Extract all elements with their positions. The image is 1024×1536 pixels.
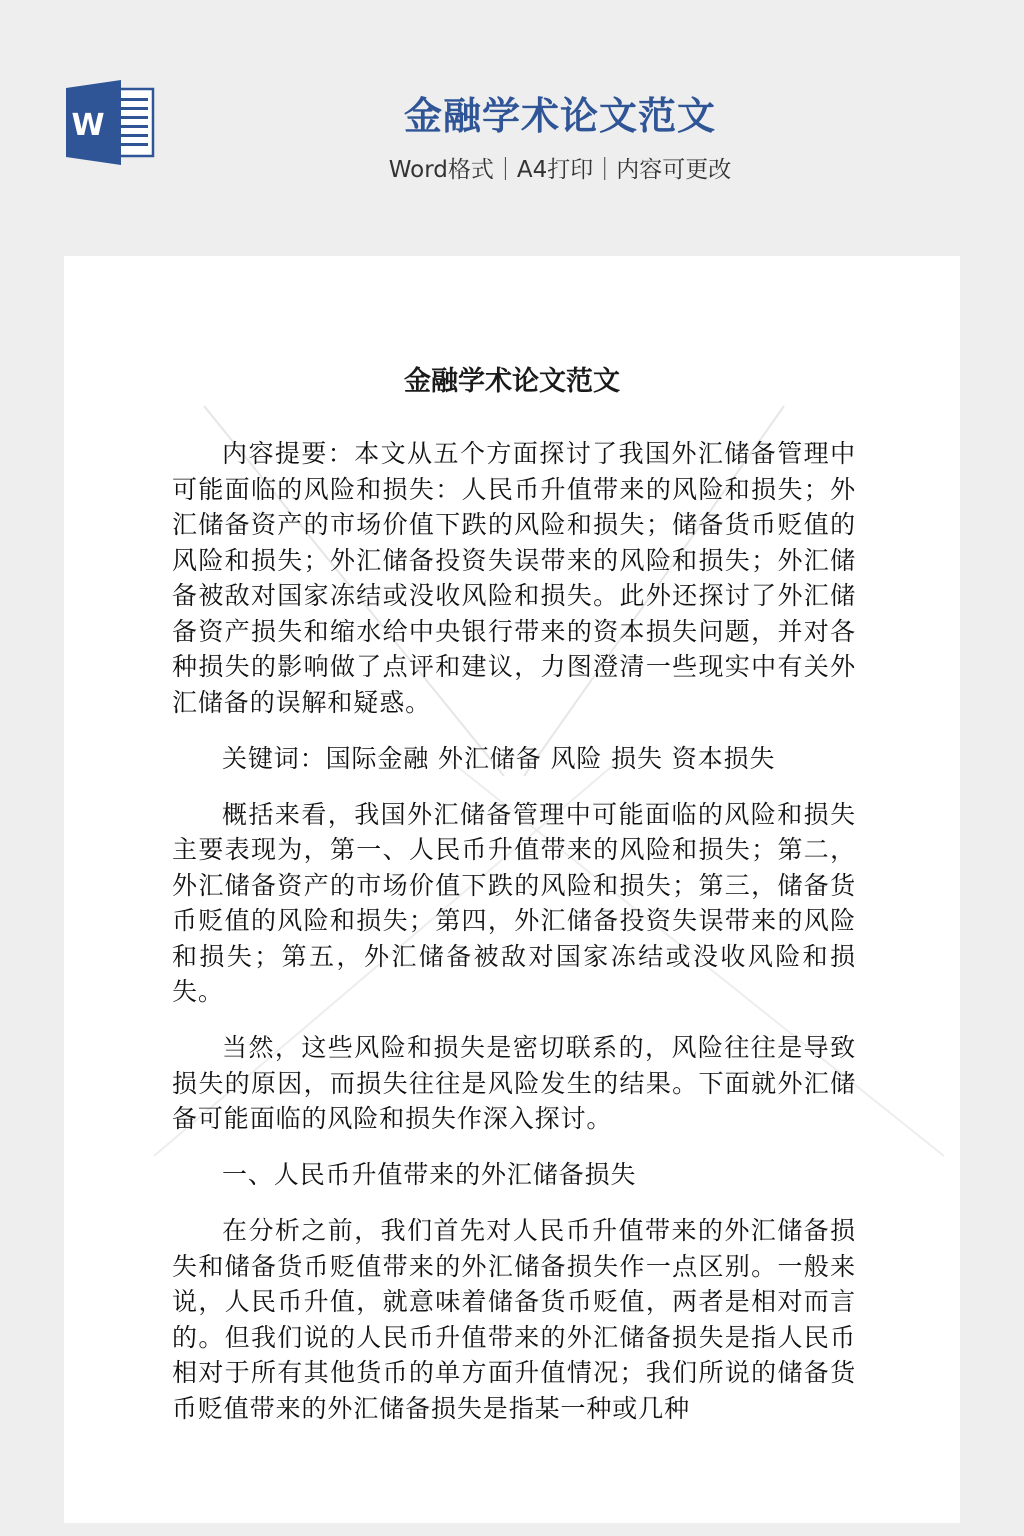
word-document-icon: W xyxy=(65,80,155,165)
header-subtitle: Word格式｜A4打印｜内容可更改 xyxy=(330,152,790,188)
section-heading: 一、人民币升值带来的外汇储备损失 xyxy=(172,1157,856,1193)
header-title: 金融学术论文范文 xyxy=(340,90,780,142)
document-page: 金融学术论文范文 内容提要：本文从五个方面探讨了我国外汇储备管理中可能面临的风险… xyxy=(64,256,960,1523)
document-title: 金融学术论文范文 xyxy=(64,362,960,402)
header-banner: W 金融学术论文范文 Word格式｜A4打印｜内容可更改 xyxy=(0,0,1024,256)
body-paragraph: 在分析之前，我们首先对人民币升值带来的外汇储备损失和储备货币贬值带来的外汇储备损… xyxy=(172,1213,856,1426)
body-paragraph: 概括来看，我国外汇储备管理中可能面临的风险和损失主要表现为，第一、人民币升值带来… xyxy=(172,797,856,1010)
document-body: 内容提要：本文从五个方面探讨了我国外汇储备管理中可能面临的风险和损失：人民币升值… xyxy=(172,436,856,1447)
body-paragraph: 当然，这些风险和损失是密切联系的，风险往往是导致损失的原因，而损失往往是风险发生… xyxy=(172,1030,856,1137)
abstract-paragraph: 内容提要：本文从五个方面探讨了我国外汇储备管理中可能面临的风险和损失：人民币升值… xyxy=(172,436,856,720)
svg-text:W: W xyxy=(71,108,104,143)
keywords-paragraph: 关键词：国际金融 外汇储备 风险 损失 资本损失 xyxy=(172,741,856,777)
